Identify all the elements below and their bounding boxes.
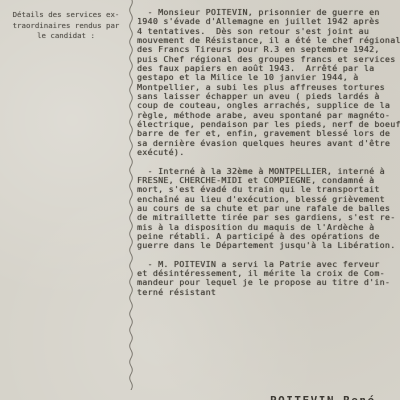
margin-note: Détails des services ex- traordinaires r…	[4, 10, 128, 42]
paragraph: - M. POITEVIN a servi la Patrie avec fer…	[137, 260, 399, 297]
text-line: terné résistant	[137, 288, 399, 297]
typed-body: - Monsieur POITEVIN, prisonnier de guerr…	[137, 8, 399, 306]
paragraph: - Interné à la 32ème à MONTPELLIER, inte…	[137, 167, 399, 251]
text-line: guerre dans le Département jusqu'à la Li…	[137, 241, 399, 250]
paragraph: - Monsieur POITEVIN, prisonnier de guerr…	[137, 8, 399, 158]
signature-cutoff-text: POITEVIN René	[270, 394, 376, 400]
margin-note-line: Détails des services ex-	[4, 10, 128, 21]
text-line: exécuté).	[137, 148, 399, 157]
margin-note-line: le candidat :	[4, 31, 128, 42]
margin-note-line: traordinaires rendus par	[4, 21, 128, 32]
document-page: Détails des services ex- traordinaires r…	[0, 0, 400, 400]
handdrawn-wavy-bracket-line	[126, 0, 136, 390]
